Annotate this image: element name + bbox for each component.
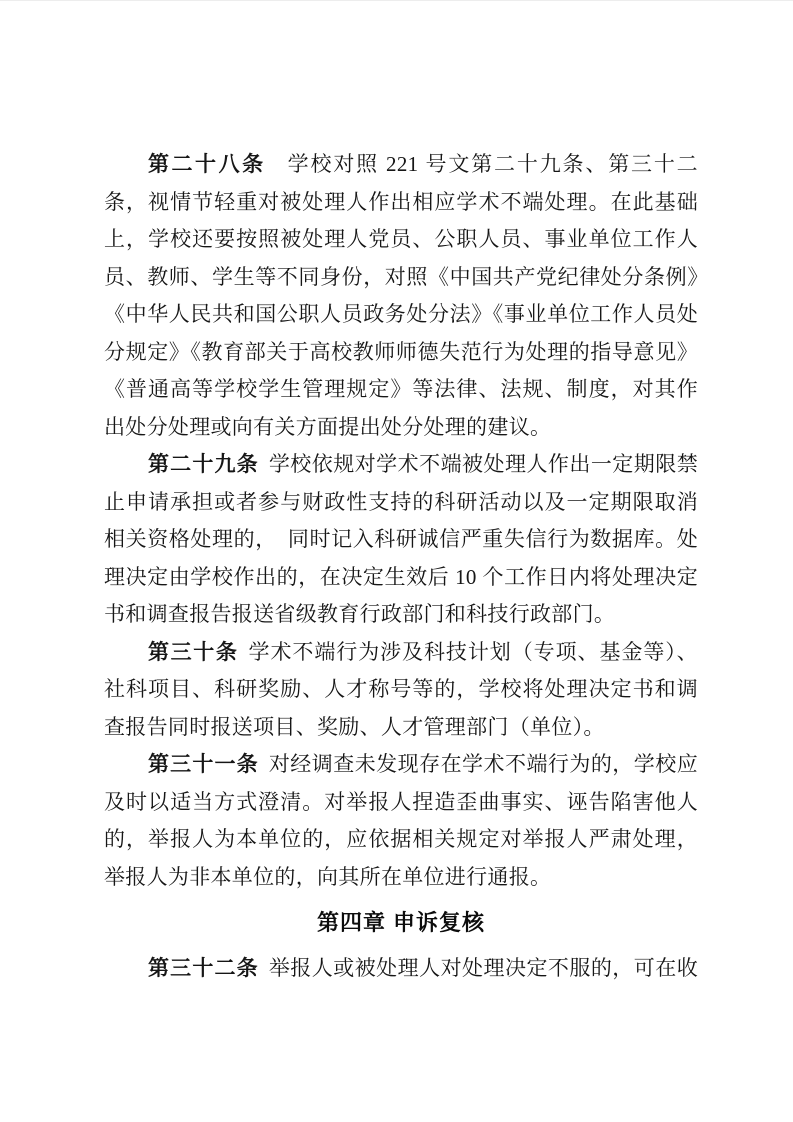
article-paragraph-31: 第三十一条对经调查未发现存在学术不端行为的，学校应及时以适当方式澄清。对举报人捏… [104,746,698,896]
article-32-text: 举报人或被处理人对处理决定不服的，可在收 [269,956,698,980]
article-31-number: 第三十一条 [148,753,259,776]
article-30-number: 第三十条 [148,641,239,664]
article-32-number: 第三十二条 [148,957,259,980]
article-paragraph-29: 第二十九条学校依规对学术不端被处理人作出一定期限禁止申请承担或者参与财政性支持的… [104,446,698,634]
article-28-number: 第二十八条 [148,153,266,176]
article-29-text: 学校依规对学术不端被处理人作出一定期限禁止申请承担或者参与财政性支持的科研活动以… [104,452,698,626]
article-paragraph-32: 第三十二条举报人或被处理人对处理决定不服的，可在收 [104,950,698,988]
document-content: 第二十八条学校对照 221 号文第二十九条、第三十二条，视情节轻重对被处理人作出… [104,146,698,987]
chapter-heading: 第四章 申诉复核 [104,904,698,942]
article-29-number: 第二十九条 [148,453,259,476]
article-28-text: 学校对照 221 号文第二十九条、第三十二条，视情节轻重对被处理人作出相应学术不… [104,152,698,439]
document-page: 第二十八条学校对照 221 号文第二十九条、第三十二条，视情节轻重对被处理人作出… [0,0,793,1122]
article-paragraph-28: 第二十八条学校对照 221 号文第二十九条、第三十二条，视情节轻重对被处理人作出… [104,146,698,446]
article-paragraph-30: 第三十条学术不端行为涉及科技计划（专项、基金等）、社科项目、科研奖励、人才称号等… [104,634,698,747]
